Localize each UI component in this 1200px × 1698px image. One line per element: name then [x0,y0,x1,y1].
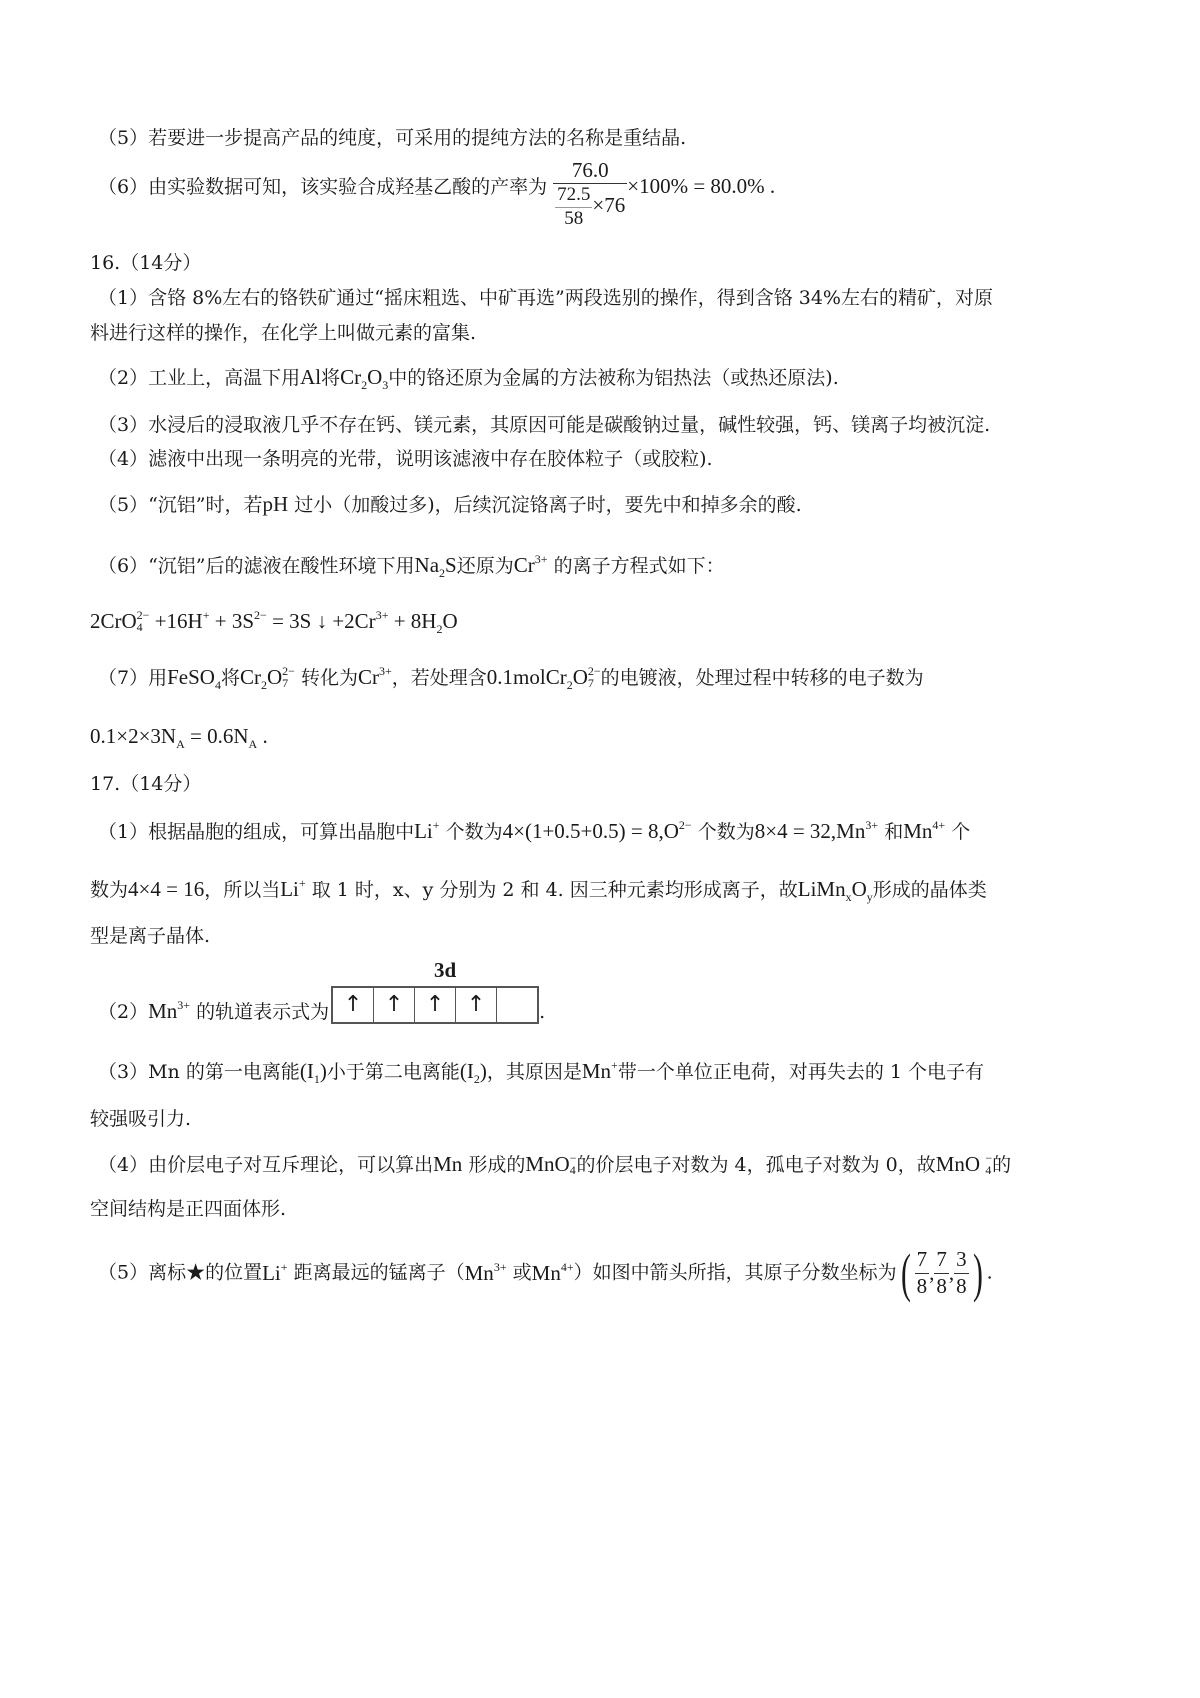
mn-symbol: Mn [433,1152,462,1176]
item-text: 个 [951,821,970,843]
o-count-calc: 8×4 = 32,Mn3+ [755,819,878,843]
q17-heading: 17.（14分） [90,773,201,796]
i2-symbol: (I2) [460,1059,487,1083]
item-text: 转化为 [301,667,358,689]
q17-item-2: （2）Mn3+ 的轨道表示式为 ↑ ↑ ↑ ↑ . [98,986,545,1024]
dichromate-ion: Cr2O2−7 [240,665,295,689]
item-text: ，若处理含 [392,667,487,689]
prev-item-6: （6）由实验数据可知，该实验合成羟基乙酸的产率为 76.0 72.5 58 ×7… [98,158,775,231]
li-ion: Li+ [414,819,439,843]
item-text: 的电镀液，处理过程中转移的电子数为 [601,667,924,689]
orbital-box-empty [497,988,537,1022]
q16-item-6: （6）“沉铝”后的滤液在酸性环境下用Na2S还原为Cr3+ 的离子方程式如下： [98,552,725,580]
item-text: 数为 [90,879,128,901]
item-text: 形成的 [468,1154,525,1176]
item-text: 过小（加酸过多)，后续沉淀铬离子时，要先中和掉多余的酸. [294,494,801,516]
item-text: 小于第二电离能 [327,1061,460,1083]
i1-symbol: (I1) [300,1059,327,1083]
q16-heading: 16.（14分） [90,252,201,275]
fraction-denominator: 8 [934,1274,949,1299]
item-text: ，所以当 [204,879,280,901]
item-text: 由实验数据可知，该实验合成羟基乙酸的产率为 [148,158,547,199]
item-text: 和 [884,821,903,843]
item-label: （6） [98,555,148,577]
q16-item-1-cont: 料进行这样的操作，在化学上叫做元素的富集. [90,322,476,345]
fraction-denominator: 8 [954,1274,969,1299]
item-label: （7） [98,667,148,689]
right-paren: ) [973,1246,983,1300]
item-label: （2） [98,1001,148,1023]
item-text: 若要进一步提高产品的纯度，可采用的提纯方法的名称是重结晶. [148,127,686,149]
q16-item-7-result: 0.1×2×3NA = 0.6NA . [90,724,268,751]
li-count-calc: 4×(1+0.5+0.5) = 8,O2− [503,819,692,843]
q16-item-5: （5）“沉铝”时，若pH 过小（加酸过多)，后续沉淀铬离子时，要先中和掉多余的酸… [98,492,802,517]
limnxoy-formula: LiMnxOy [798,877,873,901]
item-text: 由价层电子对互斥理论，可以算出 [148,1154,433,1176]
q17-item-4-cont: 空间结构是正四面体形. [90,1198,286,1221]
q16-item-1: （1）含铬 8%左右的铬铁矿通过“摇床粗选、中矿再选”两段选别的操作，得到含铬 … [98,287,993,310]
prev-item-5: （5）若要进一步提高产品的纯度，可采用的提纯方法的名称是重结晶. [98,127,686,150]
mn4-ion: Mn4+ [532,1261,574,1285]
item-text: 用 [148,667,167,689]
item-text: 还原为 [457,555,514,577]
coord-fraction-z: 38 [954,1247,969,1298]
item-label: （5） [98,1262,148,1284]
coord-fraction-x: 78 [915,1247,930,1298]
cr2o3-formula: Cr2O3 [340,365,388,389]
item-text: . [987,1262,993,1284]
q17-item-4: （4）由价层电子对互斥理论，可以算出Mn 形成的MnO−4的价层电子对数为 4，… [98,1152,1011,1178]
fraction-numerator: 7 [934,1247,949,1273]
li-ion: Li+ [280,877,305,901]
fraction-numerator: 7 [915,1247,930,1273]
item-text: 个数为 [698,821,755,843]
fraction-numerator: 3 [954,1247,969,1273]
permanganate-ion: MnO−4 [525,1152,576,1176]
item-text: 中的铬还原为金属的方法被称为铝热法（或热还原法). [388,367,838,389]
orbital-box-up-arrow-icon: ↑ [374,988,415,1022]
fraction-denominator: 72.5 58 ×76 [553,184,627,231]
item-text: 根据晶胞的组成，可算出晶胞中 [148,821,414,843]
item-text: Mn 的第一电离能 [148,1061,300,1083]
li-ion: Li+ [262,1261,287,1285]
q17-item-5: （5）离标★的位置Li+ 距离最远的锰离子（Mn3+ 或Mn4+）如图中箭头所指… [98,1246,993,1300]
feso4-formula: FeSO4 [167,665,221,689]
item-label: （3） [98,414,148,436]
item-text: “沉铝”后的滤液在酸性环境下用 [148,555,414,577]
item-text: 带一个单位正电荷，对再失去的 1 个电子有 [618,1061,984,1083]
mn3-ion: Mn3+ [465,1261,507,1285]
mn4-ion: Mn4+ [903,819,945,843]
item-text: 形成的晶体类 [873,879,987,901]
item-label: （2） [98,367,148,389]
q17-item-3: （3）Mn 的第一电离能(I1)小于第二电离能(I2)，其原因是Mn+带一个单位… [98,1058,984,1086]
q17-item-3-cont: 较强吸引力. [90,1108,191,1131]
item-text: 距离最远的锰离子（ [294,1262,465,1284]
item-text: 工业上，高温下用 [148,367,300,389]
item-text: 水浸后的浸取液几乎不存在钙、镁元素，其原因可能是碳酸钠过量，碱性较强，钙、镁离子… [148,414,990,436]
inner-denominator: 58 [555,208,592,231]
cr3-ion: Cr3+ [514,553,548,577]
na2s-formula: Na2S [415,553,457,577]
coord-fraction-y: 78 [934,1247,949,1298]
q17-item-1-cont: 数为4×4 = 16，所以当Li+ 取 1 时，x、y 分别为 2 和 4. 因… [90,876,987,904]
item-text: “沉铝”时，若 [148,494,262,516]
inner-fraction: 72.5 58 [555,184,592,231]
item-label: （4） [98,448,148,470]
aluminum-symbol: Al [300,365,321,389]
item-text: ）如图中箭头所指，其原子分数坐标为 [574,1262,897,1284]
item-label: （6） [98,158,148,199]
fraction-denominator: 8 [915,1274,930,1299]
orbital-box-up-arrow-icon: ↑ [456,988,497,1022]
mn-plus-ion: Mn+ [582,1059,618,1083]
q16-item-7: （7）用FeSO4将Cr2O2−7 转化为Cr3+，若处理含0.1molCr2O… [98,664,924,692]
item-text: 离标★的位置 [148,1262,262,1284]
orbital-3d-label: 3d [434,958,456,983]
item-text: 滤液中出现一条明亮的光带，说明该滤液中存在胶体粒子（或胶粒). [148,448,712,470]
dichromate-amount: 0.1molCr2O2−7 [487,665,601,689]
cr3-ion: Cr3+ [358,665,392,689]
item-label: （1） [98,287,148,309]
item-text: 的 [992,1154,1011,1176]
item-label: （5） [98,494,148,516]
left-paren: ( [901,1246,911,1300]
q16-item-4: （4）滤液中出现一条明亮的光带，说明该滤液中存在胶体粒子（或胶粒). [98,448,713,471]
orbital-box-up-arrow-icon: ↑ [415,988,456,1022]
item-text: 或 [513,1262,532,1284]
item-text: 含铬 8%左右的铬铁矿通过“摇床粗选、中矿再选”两段选别的操作，得到含铬 34%… [148,287,993,309]
orbital-box-up-arrow-icon: ↑ [333,988,374,1022]
item-label: （5） [98,127,148,149]
inner-multiplier: ×76 [592,193,625,217]
q16-item-2: （2）工业上，高温下用Al将Cr2O3中的铬还原为金属的方法被称为铝热法（或热还… [98,365,839,392]
yield-fraction: 76.0 72.5 58 ×76 [553,158,627,231]
item-label: （1） [98,821,148,843]
item-label: （4） [98,1154,148,1176]
inner-numerator: 72.5 [555,184,592,208]
permanganate-ion: MnO −4 [936,1152,992,1176]
q17-item-1: （1）根据晶胞的组成，可算出晶胞中Li+ 个数为4×(1+0.5+0.5) = … [98,818,970,844]
yield-result: ×100% = 80.0% . [627,158,775,199]
item-text: 的轨道表示式为 [196,1001,329,1023]
mn-count-calc: 4×4 = 16 [128,877,204,901]
item-text: 取 1 时，x、y 分别为 2 和 4. 因三种元素均形成离子，故 [312,879,798,901]
item-text: 将 [221,667,240,689]
item-text: 将 [321,367,340,389]
item-text: ，其原因是 [487,1061,582,1083]
mn3-ion: Mn3+ [148,999,190,1023]
item-text: 个数为 [446,821,503,843]
ph-symbol: pH [263,492,289,516]
q16-item-3: （3）水浸后的浸取液几乎不存在钙、镁元素，其原因可能是碳酸钠过量，碱性较强，钙、… [98,414,990,437]
item-text: 的价层电子对数为 4，孤电子对数为 0，故 [576,1154,935,1176]
q17-item-1-cont2: 型是离子晶体. [90,925,210,948]
item-label: （3） [98,1061,148,1083]
q16-ionic-equation: 2CrO2−4 +16H+ + 3S2− = 3S ↓ +2Cr3+ + 8H2… [90,608,458,636]
orbital-diagram-3d: ↑ ↑ ↑ ↑ [331,986,539,1024]
item-text: . [539,1001,545,1023]
fraction-numerator: 76.0 [553,158,627,184]
item-text: 的离子方程式如下： [554,555,725,577]
